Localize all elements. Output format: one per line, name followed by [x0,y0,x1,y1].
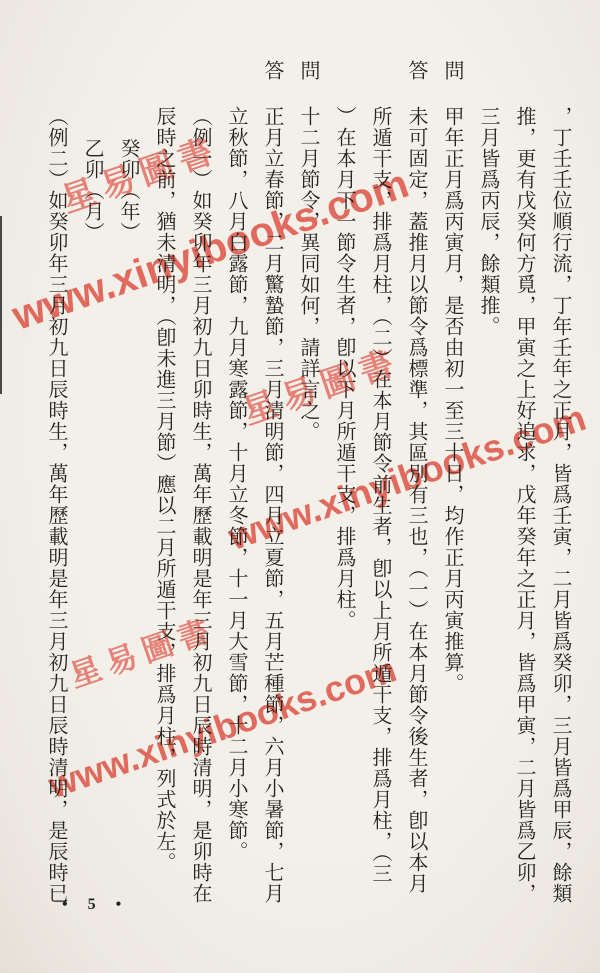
page-text-body: ，丁壬壬位順行流，丁年壬年之正月，皆爲壬寅，二月皆爲癸卯，三月皆爲甲辰，餘類 推… [38,60,578,928]
answer-text: 未可固定，蓋推月以節令爲標準，其區別有三也，（一）在本月節令後生者，卽以本月 [405,106,427,894]
answer-text: 正月立春節，二月驚蟄節，三月清明節，四月立夏節，五月芒種節，六月小暑節，七月 [261,106,283,904]
question-marker: 問 [297,60,319,81]
text-column: 辰時之前，猶未清明，（卽未進三月節）應以二月所遁干支，排爲月柱，列式於左。 [146,60,182,928]
text-column-answer: 答正月立春節，二月驚蟄節，三月清明節，四月立夏節，五月芒種節，六月小暑節，七月 [254,60,290,928]
text-column: （例二）如癸卯年三月初九日辰時生，萬年歷載明是年三月初九日辰時清明，是辰時已 [38,60,74,928]
question-marker: 問 [441,60,463,81]
text-column: （例一）如癸卯年三月初九日卯時生，萬年歷載明是年三月初九日辰時清明，是卯時在 [182,60,218,928]
text-column: 三月皆爲丙辰，餘類推。 [470,60,506,928]
text-column-answer: 答未可固定，蓋推月以節令爲標準，其區別有三也，（一）在本月節令後生者，卽以本月 [398,60,434,928]
text-column: ）在本月下一節令生者，卽以下月所遁干支，排爲月柱。 [326,60,362,928]
page-number: • 5 • [62,896,129,914]
scan-edge-artifact [0,216,2,394]
scanned-book-page: 星易圖書 www.xinyibooks.com 星易圖書 www.xinyibo… [0,0,600,973]
text-column: ，丁壬壬位順行流，丁年壬年之正月，皆爲壬寅，二月皆爲癸卯，三月皆爲甲辰，餘類 [542,60,578,928]
question-text: 十二月節令，異同如何，請詳言之。 [297,106,319,442]
pillar-year-column: 癸卯（年） [110,60,146,928]
text-column: 立秋節，八月白露節，九月寒露節，十月立冬節，十一月大雪節，十二月小寒節。 [218,60,254,928]
answer-marker: 答 [261,60,283,81]
pillar-month-column: 乙卯（月） [74,60,110,928]
answer-marker: 答 [405,60,427,81]
text-column-question: 問十二月節令，異同如何，請詳言之。 [290,60,326,928]
question-text: 甲年正月爲丙寅月，是否由初一至三十日，均作正月丙寅推算。 [441,106,463,694]
text-column-question: 問甲年正月爲丙寅月，是否由初一至三十日，均作正月丙寅推算。 [434,60,470,928]
text-column: 所遁干支，排爲月柱，（二）在本月節令前生者，卽以上月所遁干支，排爲月柱，（三 [362,60,398,928]
text-column: 推，更有戊癸何方覓，甲寅之上好追求，戊年癸年之正月，皆爲甲寅，二月皆爲乙卯， [506,60,542,928]
